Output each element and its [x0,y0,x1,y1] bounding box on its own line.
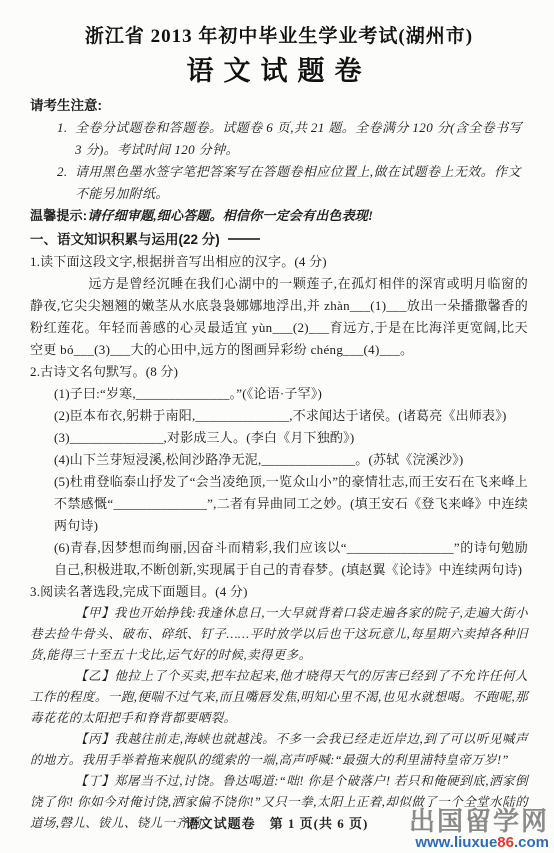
notice-item-2-number: 2. [57,161,68,183]
site-watermark: 出国留学网 www.liuxue86.com [403,808,549,850]
section1-heading: 一、语文知识积累与运用(22 分) [30,229,528,251]
question-2-item-5: (5)杜甫登临泰山抒发了“会当凌绝顶,一览众山小”的豪情壮志,而王安石在飞来峰上… [30,471,528,537]
notice-heading: 请考生注意: [30,95,528,117]
question-1-passage: 远方是曾经沉睡在我们心湖中的一颗莲子,在孤灯相伴的深宵或明月临窗的静夜,它尖尖翘… [30,273,528,361]
scan-artifact-line [228,238,260,240]
question-3: 3.阅读名著选段,完成下面题目。(4 分) 【甲】我也开始挣钱:我逢休息日,一大… [30,581,528,834]
question-2-item-6: (6)青春,因梦想而绚丽,因奋斗而精彩,我们应该以“______________… [30,537,528,581]
warm-tip: 温馨提示:请仔细审题,细心答题。相信你一定会有出色表现! [30,205,528,227]
notice-item-1-text: 全卷分试题卷和答题卷。试题卷 6 页,共 21 题。全卷满分 120 分(含全卷… [75,120,522,157]
watermark-site-name: 出国留学网 [409,808,549,834]
footer-paper-name: 语文试题卷 [186,816,256,831]
question-1: 1.读下面这段文字,根据拼音写出相应的汉字。(4 分) 远方是曾经沉睡在我们心湖… [30,251,528,361]
question-2-item-4: (4)山下兰芽短浸溪,松间沙路净无泥,______________。(苏轼《浣溪… [30,449,528,471]
question-1-stem: 1.读下面这段文字,根据拼音写出相应的汉字。(4 分) [30,251,528,273]
question-3-stem: 3.阅读名著选段,完成下面题目。(4 分) [30,581,528,603]
paper-subject-title: 语文试题卷 [30,53,528,89]
exam-title: 浙江省 2013 年初中毕业生学业考试(湖州市) [30,24,528,50]
watermark-url-prefix: www.liuxue [415,834,497,851]
excerpt-yi: 【乙】他拉上了个买卖,把车拉起来,他才晓得天气的厉害已经到了不允许任何人工作的程… [30,666,528,729]
notice-item-2-text: 请用黑色墨水签字笔把答案写在答题卷相应位置上,做在试题卷上无效。作文不能另加附纸… [75,164,521,201]
watermark-site-url: www.liuxue86.com [409,835,549,850]
excerpt-jia: 【甲】我也开始挣钱:我逢休息日,一大早就背着口袋走遍各家的院子,走遍大街小巷去捡… [30,603,528,666]
warm-tip-text: 请仔细审题,细心答题。相信你一定会有出色表现! [87,208,373,223]
footer-page-number: 第 1 页(共 6 页) [270,816,369,831]
exam-paper-scan: 浙江省 2013 年初中毕业生学业考试(湖州市) 语文试题卷 请考生注意: 1.… [0,0,554,853]
question-2-stem: 2.古诗文名句默写。(8 分) [30,361,528,383]
question-2: 2.古诗文名句默写。(8 分) (1)子曰:“岁寒,______________… [30,361,528,581]
candidate-notice: 请考生注意: 1. 全卷分试题卷和答题卷。试题卷 6 页,共 21 题。全卷满分… [30,95,528,227]
notice-item-2: 2. 请用黑色墨水签字笔把答案写在答题卷相应位置上,做在试题卷上无效。作文不能另… [30,161,528,205]
warm-tip-label: 温馨提示: [30,208,87,223]
notice-item-1: 1. 全卷分试题卷和答题卷。试题卷 6 页,共 21 题。全卷满分 120 分(… [30,117,528,161]
notice-item-1-number: 1. [57,117,68,139]
question-2-item-1: (1)子曰:“岁寒,______________。”(《论语·子罕》) [30,383,528,405]
question-2-item-3: (3)______________,对影成三人。(李白《月下独酌》) [30,427,528,449]
excerpt-bing: 【丙】我越往前走,海峡也就越浅。不多一会我已经走近岸边,到了可以听见喊声的地方。… [30,729,528,771]
question-2-item-2: (2)臣本布衣,躬耕于南阳,______________,不求闻达于诸侯。(诸葛… [30,405,528,427]
watermark-url-suffix: .com [514,834,549,851]
watermark-url-number: 86 [497,834,514,851]
